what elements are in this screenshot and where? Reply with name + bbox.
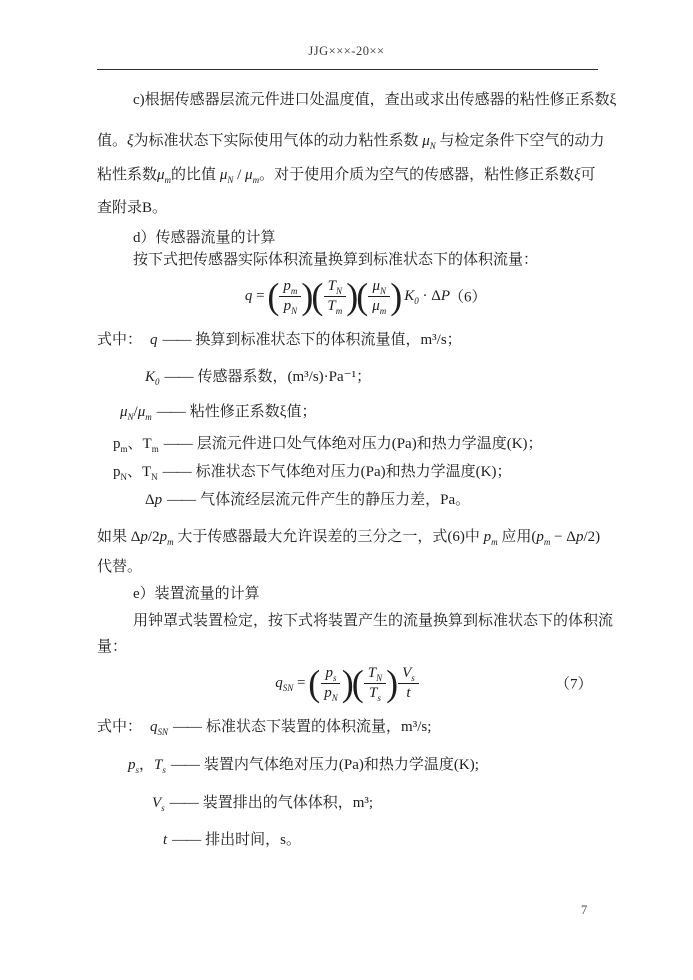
para-c-line2: 值。ξ为标准状态下实际使用气体的动力粘性系数 μN 与检定条件下空气的动力 (97, 131, 605, 151)
em-dash: —— (163, 464, 191, 480)
def7-row-ps-ts: ps，Ts——装置内气体绝对压力(Pa)和热力学温度(K); (128, 755, 479, 775)
definition-text: 装置排出的气体体积，m³; (203, 795, 373, 811)
em-dash: —— (172, 832, 200, 848)
symbol: q (150, 332, 158, 348)
fraction-tn-ts: TNTs (364, 665, 386, 702)
symbol: t (163, 832, 167, 848)
open-paren: ( (267, 277, 279, 314)
em-dash: —— (157, 404, 185, 420)
definition-text: 标准状态下装置的体积流量，m³/s; (206, 719, 431, 735)
definition-text: 标准状态下气体绝对压力(Pa)和热力学温度(K)； (196, 464, 512, 480)
formula-6-lhs: q = (245, 288, 268, 305)
def7-row-qsn: 式中：qSN——标准状态下装置的体积流量，m³/s; (97, 717, 431, 737)
symbol: pN、TN (113, 464, 158, 480)
header-rule (97, 69, 598, 70)
para-apply-line2: 代替。 (97, 557, 142, 577)
open-paren: ( (311, 277, 323, 314)
def-list-label: 式中： (97, 332, 142, 348)
definition-text: 层流元件进口处气体绝对压力(Pa)和热力学温度(K)； (197, 436, 543, 452)
close-paren: ) (386, 664, 398, 701)
symbol: Vs (152, 795, 165, 811)
section-d-intro: 按下式把传感器实际体积流量换算到标准状态下的体积流量： (133, 250, 538, 270)
document-page: JJG×××-20×× c)根据传感器层流元件进口处温度值，查出或求出传感器的粘… (0, 0, 693, 980)
open-paren: ( (356, 277, 368, 314)
section-e-heading: e）装置流量的计算 (133, 584, 260, 604)
em-dash: —— (164, 436, 192, 452)
fraction-ps-pn: pspN (320, 665, 342, 702)
formula-7-number: （7） (555, 673, 593, 694)
page-number: 7 (581, 903, 587, 918)
definition-text: 装置内气体绝对压力(Pa)和热力学温度(K); (204, 757, 479, 773)
formula-6-tail: K0 · ΔP (404, 288, 450, 305)
fraction-tn-tm: TNTm (323, 278, 346, 315)
section-d-heading: d）传感器流量的计算 (133, 228, 276, 248)
def7-row-vs: Vs——装置排出的气体体积，m³; (152, 793, 373, 813)
open-paren: ( (352, 664, 364, 701)
def6-row-delta-p: Δp——气体流经层流元件产生的静压力差，Pa。 (145, 490, 470, 510)
definition-text: 粘性修正系数ξ值； (190, 404, 317, 420)
formula-6-number: （6） (449, 286, 487, 307)
def7-row-t: t——排出时间，s。 (163, 830, 301, 850)
definition-text: 排出时间，s。 (205, 832, 301, 848)
em-dash: —— (163, 332, 191, 348)
em-dash: —— (171, 757, 199, 773)
para-c-line4: 查附录B。 (97, 198, 167, 218)
symbol: qSN (150, 719, 168, 735)
em-dash: —— (167, 492, 195, 508)
symbol: μN/μm (120, 404, 152, 420)
fraction-pm-pn: pmpN (279, 278, 301, 315)
para-c-line3: 粘性系数μm的比值 μN / μm。对于使用介质为空气的传感器，粘性修正系数ξ可 (97, 165, 596, 185)
open-paren: ( (308, 664, 320, 701)
fraction-mun-mum: μNμm (368, 278, 390, 315)
formula-6-expression: q = ( pmpN ) ( TNTm ) ( μNμm ) K0 · ΔP (245, 278, 450, 315)
section-e-intro-line1: 用钟罩式装置检定，按下式将装置产生的流量换算到标准状态下的体积流 (133, 611, 613, 631)
section-e-intro-line2: 量： (97, 637, 127, 657)
formula-7-lhs: qSN = (275, 675, 309, 692)
symbol: ps，Ts (128, 757, 166, 773)
em-dash: —— (173, 719, 201, 735)
definition-text: 传感器系数，(m³/s)·Pa⁻¹； (198, 369, 372, 385)
formula-6: q = ( pmpN ) ( TNTm ) ( μNμm ) K0 · ΔP （… (97, 270, 598, 322)
def6-row-pn-tn: pN、TN——标准状态下气体绝对压力(Pa)和热力学温度(K)； (113, 462, 512, 482)
def6-row-q: 式中：q——换算到标准状态下的体积流量值，m³/s； (97, 330, 462, 350)
formula-7: qSN = ( pspN ) ( TNTs ) Vst （7） (97, 656, 598, 710)
fraction-vs-t: Vst (398, 665, 419, 702)
para-c-line1: c)根据传感器层流元件进口处温度值，查出或求出传感器的粘性修正系数ξ (133, 90, 616, 110)
para-apply-line1: 如果 Δp/2pm 大于传感器最大允许误差的三分之一，式(6)中 pm 应用(p… (97, 527, 600, 547)
def6-row-pm-tm: pm、Tm——层流元件进口处气体绝对压力(Pa)和热力学温度(K)； (113, 434, 543, 454)
formula-7-expression: qSN = ( pspN ) ( TNTs ) Vst (275, 665, 420, 702)
symbol: K0 (145, 369, 160, 385)
symbol: Δp (145, 492, 162, 508)
page-header-title: JJG×××-20×× (0, 44, 693, 59)
definition-text: 气体流经层流元件产生的静压力差，Pa。 (200, 492, 470, 508)
em-dash: —— (170, 795, 198, 811)
def6-row-mu-ratio: μN/μm——粘性修正系数ξ值； (120, 402, 316, 422)
def-list-label: 式中： (97, 719, 142, 735)
close-paren: ) (390, 277, 402, 314)
symbol: pm、Tm (113, 436, 159, 452)
definition-text: 换算到标准状态下的体积流量值，m³/s； (196, 332, 462, 348)
em-dash: —— (165, 369, 193, 385)
def6-row-k0: K0——传感器系数，(m³/s)·Pa⁻¹； (145, 367, 371, 387)
